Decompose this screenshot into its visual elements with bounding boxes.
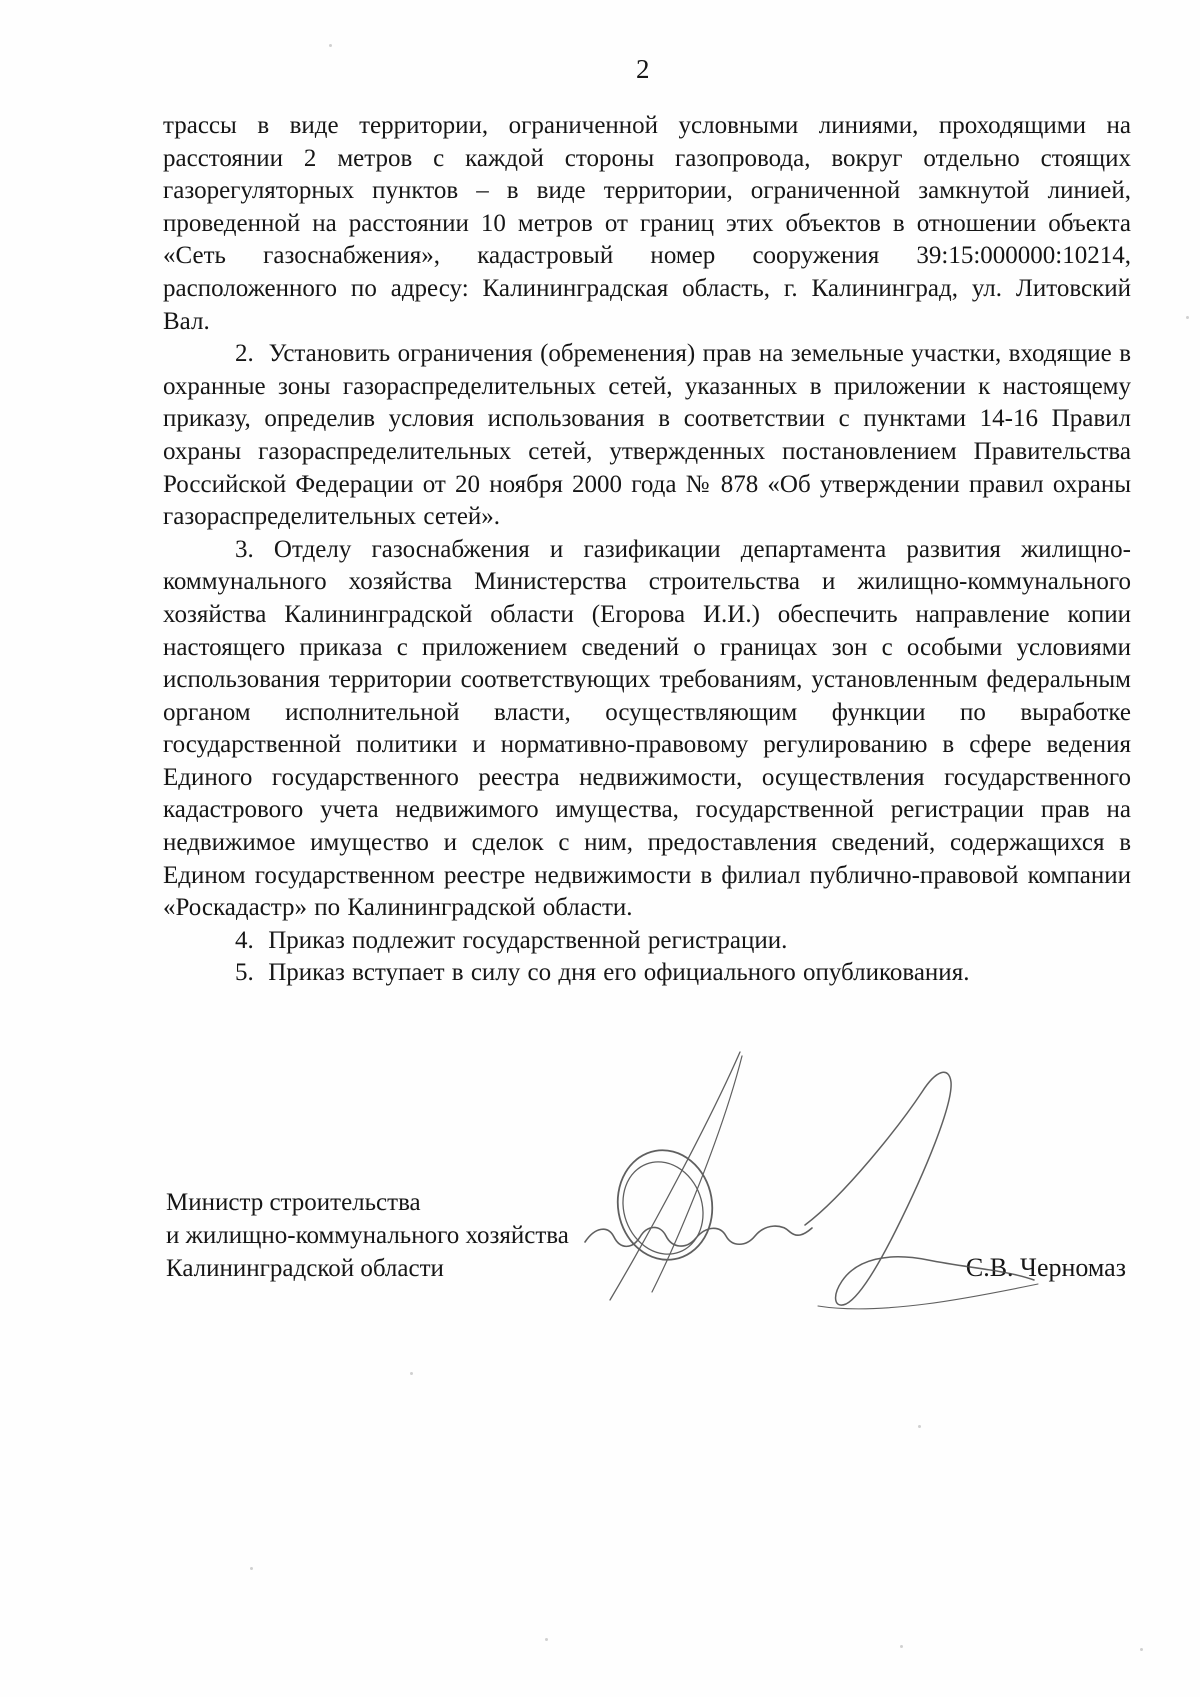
paragraph-item-4: 4. Приказ подлежит государственной регис… <box>163 925 1131 958</box>
paragraph-item-2: 2. Установить ограничения (обременения) … <box>163 338 1131 534</box>
scan-speck <box>1140 1648 1143 1651</box>
scan-speck <box>329 44 332 47</box>
signer-title: Министр строительства и жилищно-коммунал… <box>166 1186 569 1285</box>
paragraph-item-5: 5. Приказ вступает в силу со дня его офи… <box>163 957 1131 990</box>
scan-speck <box>410 1372 413 1375</box>
document-page: 2 трассы в виде территории, ограниченной… <box>0 0 1200 1697</box>
signature-block: Министр строительства и жилищно-коммунал… <box>166 1186 1126 1285</box>
scan-speck <box>918 1425 921 1428</box>
scan-speck <box>900 1645 903 1648</box>
handwritten-signature-icon <box>570 1040 1060 1330</box>
paragraph-continuation: трассы в виде территории, ограниченной у… <box>163 110 1131 338</box>
signer-title-line-3: Калининградской области <box>166 1252 569 1285</box>
signer-title-line-2: и жилищно-коммунального хозяйства <box>166 1219 569 1252</box>
scan-speck <box>250 1567 253 1570</box>
paragraph-item-3: 3. Отделу газоснабжения и газификации де… <box>163 534 1131 925</box>
signer-title-line-1: Министр строительства <box>166 1186 569 1219</box>
page-number: 2 <box>636 54 650 84</box>
scan-speck <box>1186 316 1189 319</box>
scan-speck <box>545 1638 548 1641</box>
document-body: трассы в виде территории, ограниченной у… <box>163 110 1131 990</box>
signer-name: С.В. Черномаз <box>966 1251 1126 1285</box>
